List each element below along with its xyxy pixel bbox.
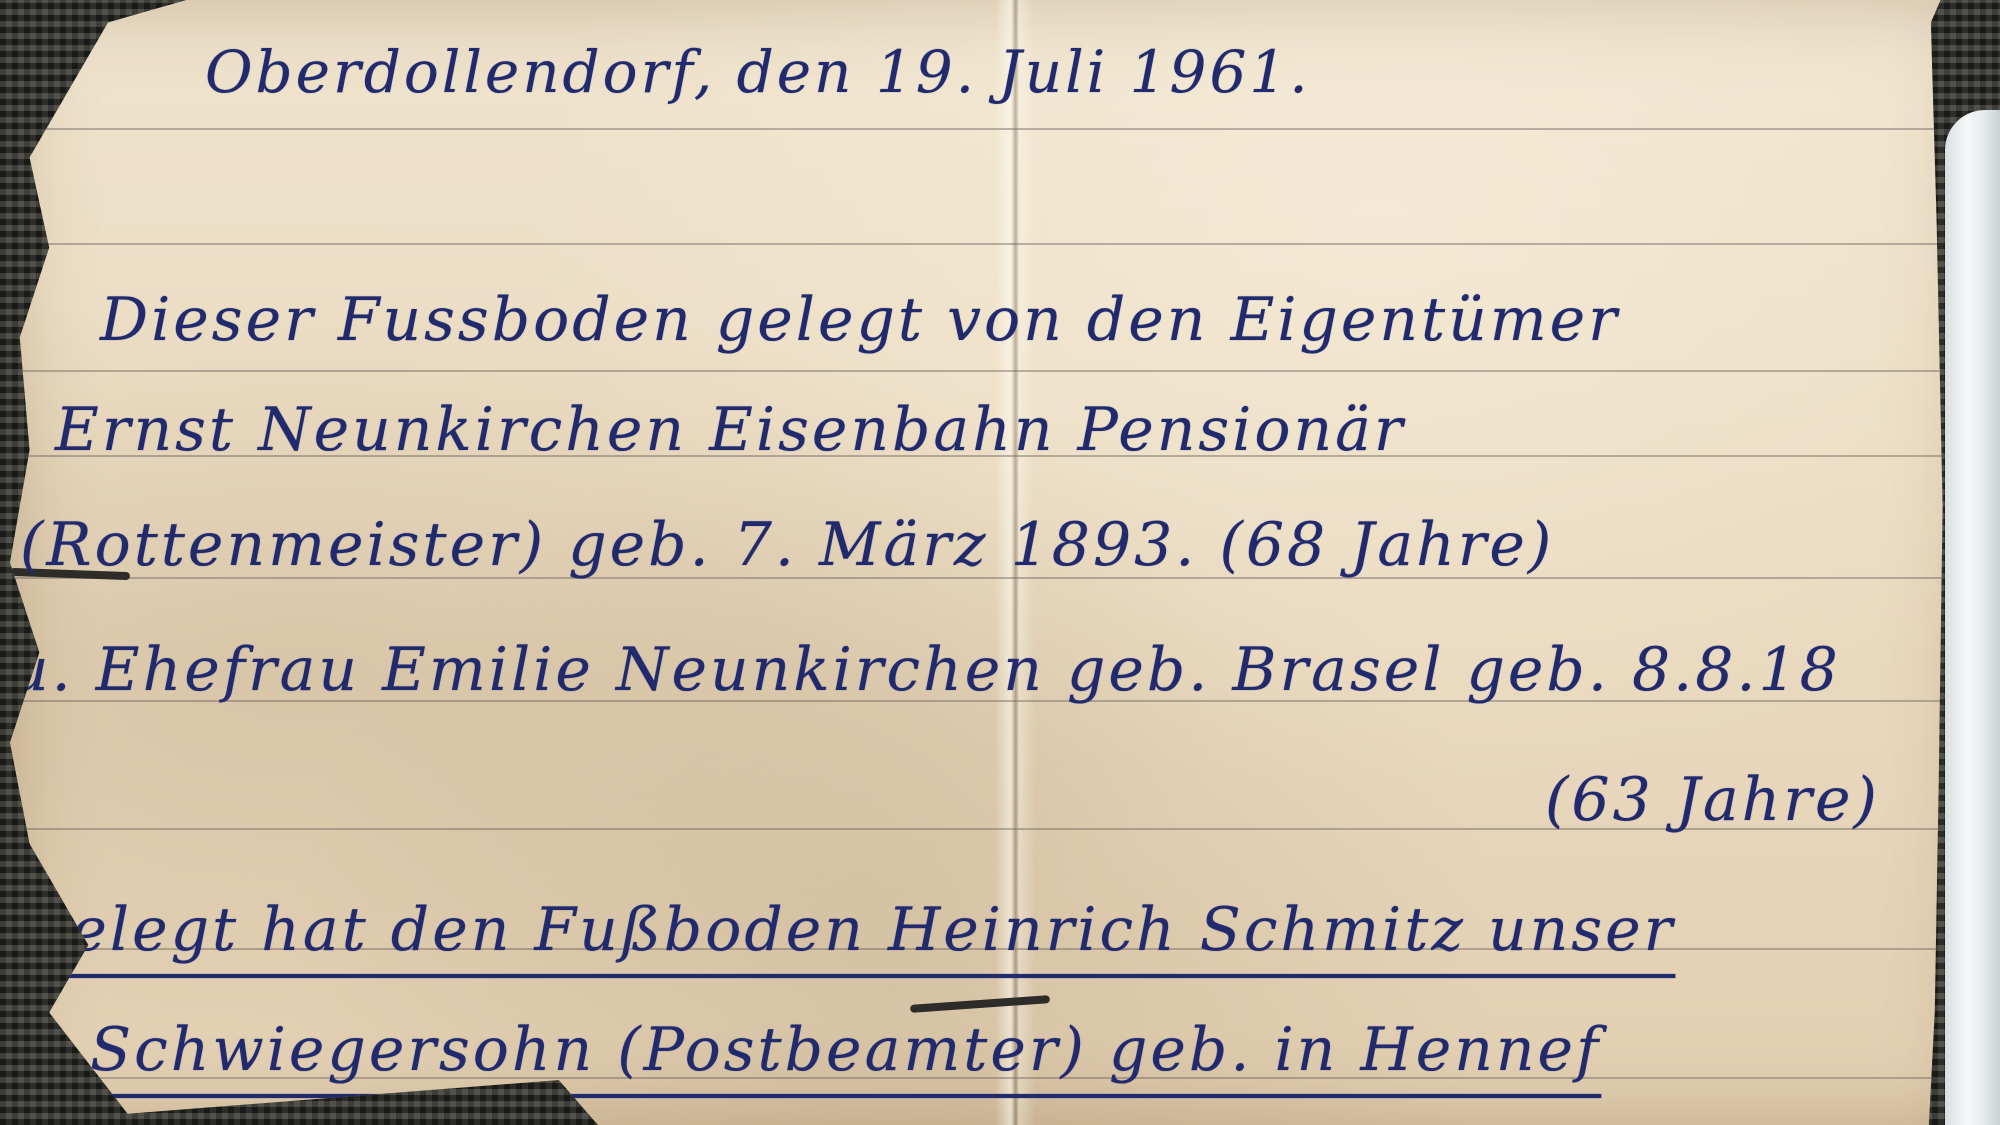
ruled-line [10, 128, 1970, 130]
text-line-4: u. Ehefrau Emilie Neunkirchen geb. Brase… [10, 635, 1841, 705]
place-date-line: Oberdollendorf, den 19. Juli 1961. [205, 38, 1311, 106]
text-line-1: Dieser Fussboden gelegt von den Eigentüm… [100, 285, 1620, 355]
text-line-3: (Rottenmeister) geb. 7. März 1893. (68 J… [20, 510, 1554, 580]
ruled-line [10, 243, 1970, 245]
text-line-6: gelegt hat den Fußboden Heinrich Schmitz… [30, 895, 1675, 965]
text-line-2: Ernst Neunkirchen Eisenbahn Pensionär [55, 395, 1406, 465]
paper-sheet: Oberdollendorf, den 19. Juli 1961. Diese… [10, 0, 1970, 1125]
white-object-edge [1945, 110, 2000, 1125]
ruled-line [10, 370, 1970, 372]
text-line-5: (63 Jahre) [1545, 765, 1880, 835]
text-line-7: Schwiegersohn (Postbeamter) geb. in Henn… [90, 1015, 1601, 1085]
